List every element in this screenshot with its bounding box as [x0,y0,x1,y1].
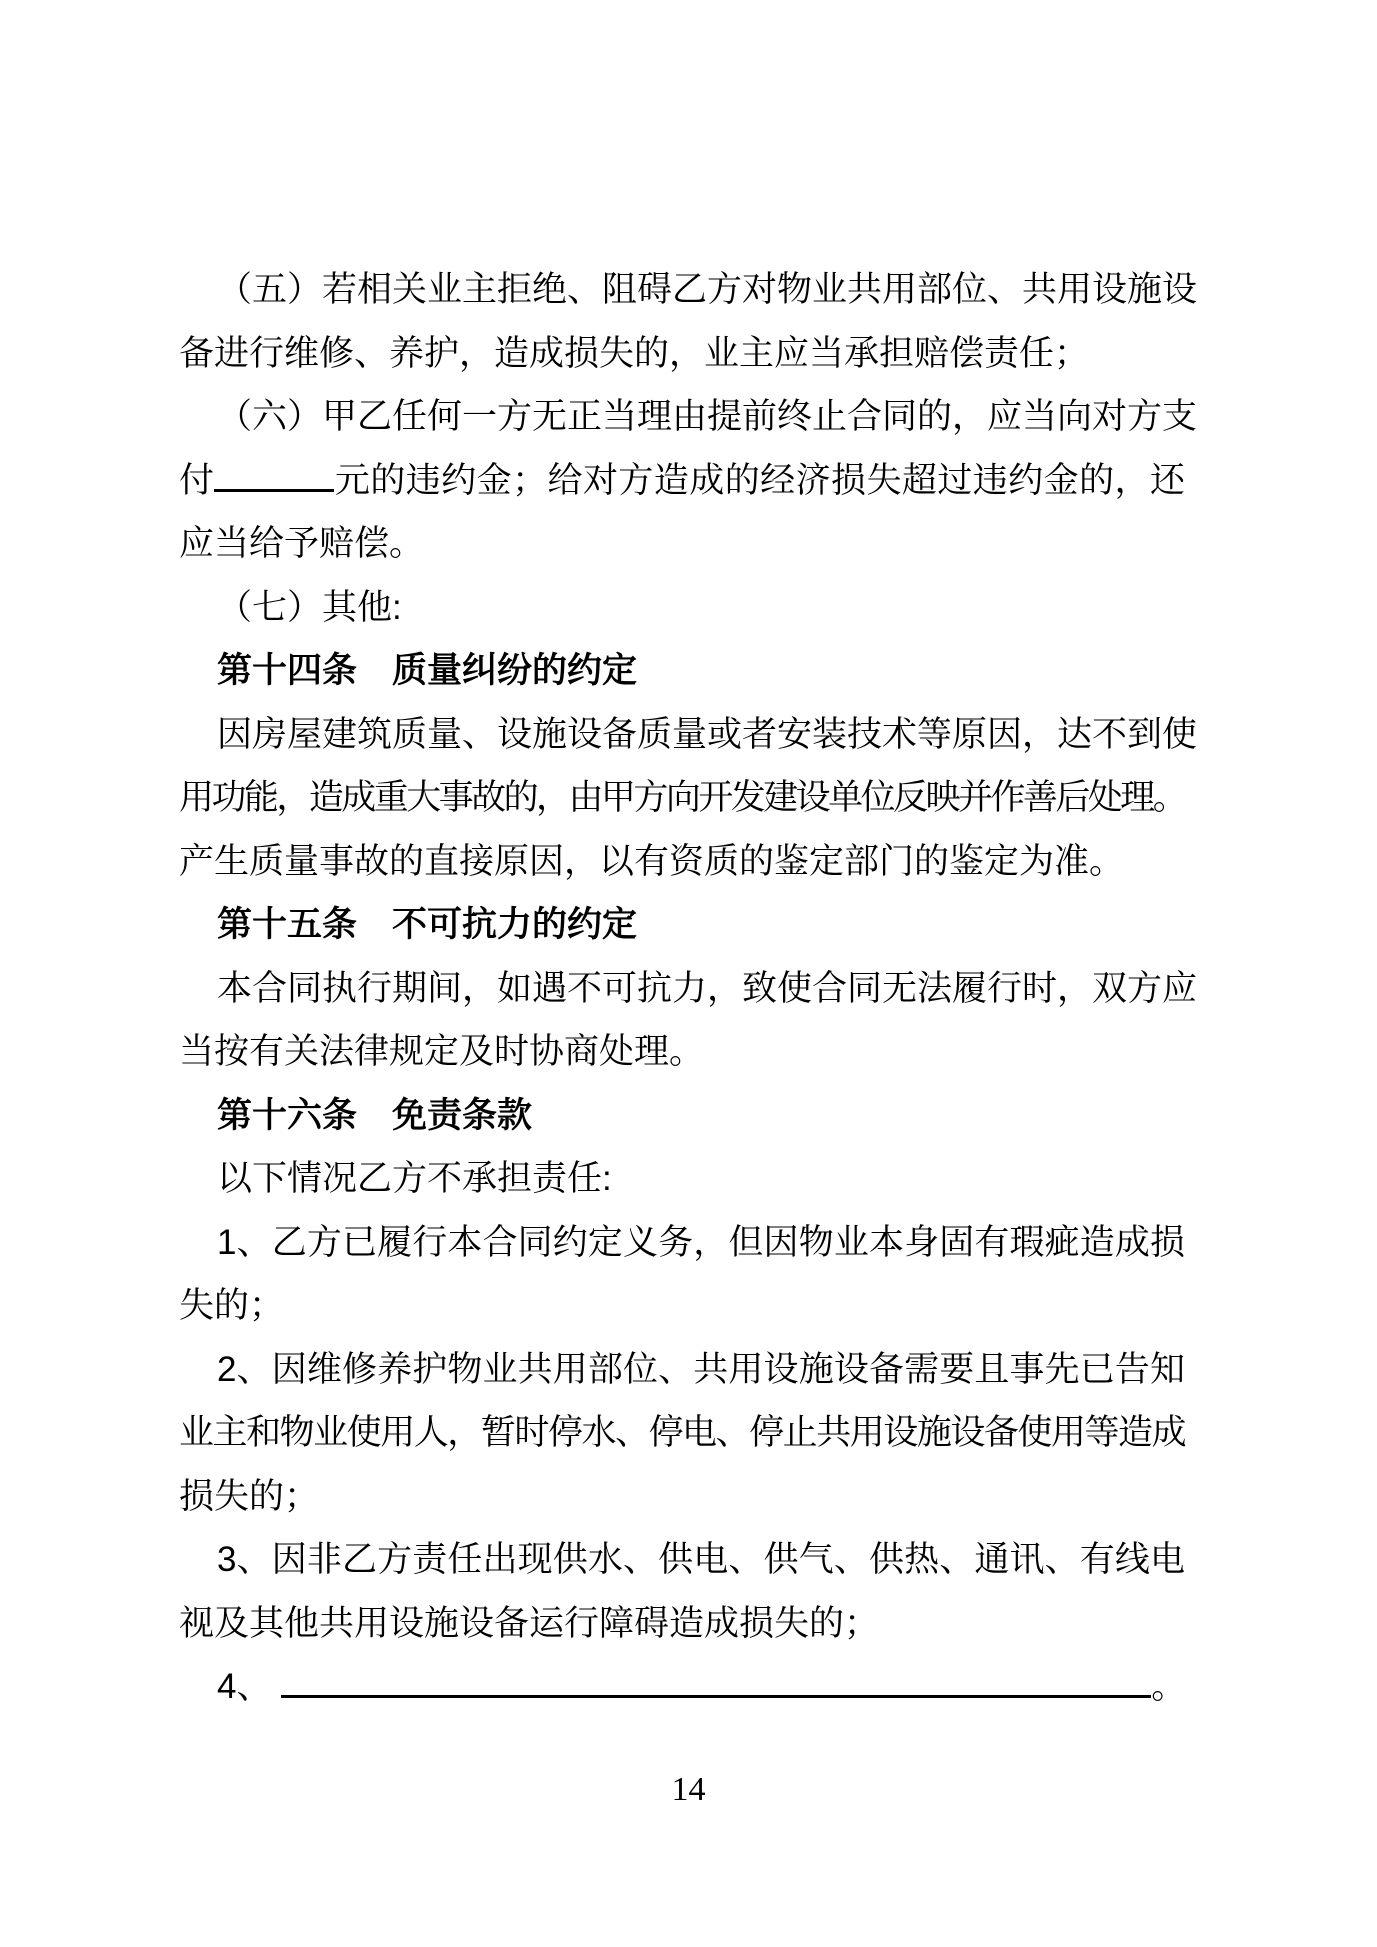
clause-heading: 第十四条 质量纠纷的约定 [179,639,1185,703]
text-run: （七）其他: [217,588,402,627]
document-line: 当按有关法律规定及时协商处理。 [179,1020,1185,1084]
document-line: 用功能，造成重大事故的，由甲方向开发建设单位反映并作善后处理。 [179,766,1185,830]
document-line: 业主和物业使用人，暂时停水、停电、停止共用设施设备使用等造成 [179,1401,1185,1465]
document-line: 以下情况乙方不承担责任: [179,1147,1185,1211]
fill-in-blank [214,449,334,492]
text-run: （五）若相关业主拒绝、阻碍乙方对物业共用部位、共用设施设 [217,270,1197,309]
text-run: 用功能，造成重大事故的，由甲方向开发建设单位反映并作善后处理。 [179,778,1185,817]
text-run: 第十四条 质量纠纷的约定 [217,651,637,690]
document-line: 产生质量事故的直接原因，以有资质的鉴定部门的鉴定为准。 [179,830,1185,894]
text-run: 3、因非乙方责任出现供水、供电、供气、供热、通讯、有线电 [217,1540,1185,1579]
text-run: 失的； [179,1286,284,1325]
clause-heading: 第十六条 免责条款 [179,1084,1185,1148]
text-run: 当按有关法律规定及时协商处理。 [179,1032,704,1071]
document-line: 1、乙方已履行本合同约定义务，但因物业本身固有瑕疵造成损 [179,1211,1185,1275]
document-line: 应当给予赔偿。 [179,512,1185,576]
text-run: 第十六条 免责条款 [217,1096,532,1135]
document-line: 因房屋建筑质量、设施设备质量或者安装技术等原因，达不到使 [179,703,1185,767]
text-run: （六）甲乙任何一方无正当理由提前终止合同的，应当向对方支 [217,397,1197,436]
text-run: 备进行维修、养护，造成损失的，业主应当承担赔偿责任； [179,334,1089,373]
text-run: 第十五条 不可抗力的约定 [217,905,637,944]
page-number: 14 [0,1770,1377,1810]
document-line: 本合同执行期间，如遇不可抗力，致使合同无法履行时，双方应 [179,957,1185,1021]
text-run: 本合同执行期间，如遇不可抗力，致使合同无法履行时，双方应 [217,969,1197,1008]
document-body: （五）若相关业主拒绝、阻碍乙方对物业共用部位、共用设施设备进行维修、养护，造成损… [179,258,1185,1719]
document-line: （六）甲乙任何一方无正当理由提前终止合同的，应当向对方支 [179,385,1185,449]
text-run: 业主和物业使用人，暂时停水、停电、停止共用设施设备使用等造成 [179,1413,1185,1452]
document-line: 损失的； [179,1465,1185,1529]
text-run: 以下情况乙方不承担责任: [217,1159,612,1198]
document-line: （五）若相关业主拒绝、阻碍乙方对物业共用部位、共用设施设 [179,258,1185,322]
document-line: 3、因非乙方责任出现供水、供电、供气、供热、通讯、有线电 [179,1528,1185,1592]
text-run: 视及其他共用设施设备运行障碍造成损失的； [179,1604,879,1643]
text-run: 2、因维修养护物业共用部位、共用设施设备需要且事先已告知 [217,1350,1185,1389]
document-line: 失的； [179,1274,1185,1338]
clause-heading: 第十五条 不可抗力的约定 [179,893,1185,957]
text-run: 1、乙方已履行本合同约定义务，但因物业本身固有瑕疵造成损 [217,1223,1185,1262]
text-run: 产生质量事故的直接原因，以有资质的鉴定部门的鉴定为准。 [179,842,1124,881]
text-run: 付 [179,461,214,500]
text-run: 损失的； [179,1477,319,1516]
document-line: 4、 。 [179,1655,1185,1719]
document-line: 备进行维修、养护，造成损失的，业主应当承担赔偿责任； [179,322,1185,386]
document-line: 2、因维修养护物业共用部位、共用设施设备需要且事先已告知 [179,1338,1185,1402]
text-run: 。 [1151,1667,1186,1706]
text-run: 因房屋建筑质量、设施设备质量或者安装技术等原因，达不到使 [217,715,1197,754]
document-line: 视及其他共用设施设备运行障碍造成损失的； [179,1592,1185,1656]
document-line: （七）其他: [179,576,1185,640]
contract-document-page: （五）若相关业主拒绝、阻碍乙方对物业共用部位、共用设施设备进行维修、养护，造成损… [0,0,1377,1947]
text-run: 应当给予赔偿。 [179,524,424,563]
text-run: 4、 [217,1667,281,1706]
document-line: 付元的违约金；给对方造成的经济损失超过违约金的，还 [179,449,1185,513]
text-run: 元的违约金；给对方造成的经济损失超过违约金的，还 [334,461,1185,500]
fill-in-blank [281,1655,1151,1698]
